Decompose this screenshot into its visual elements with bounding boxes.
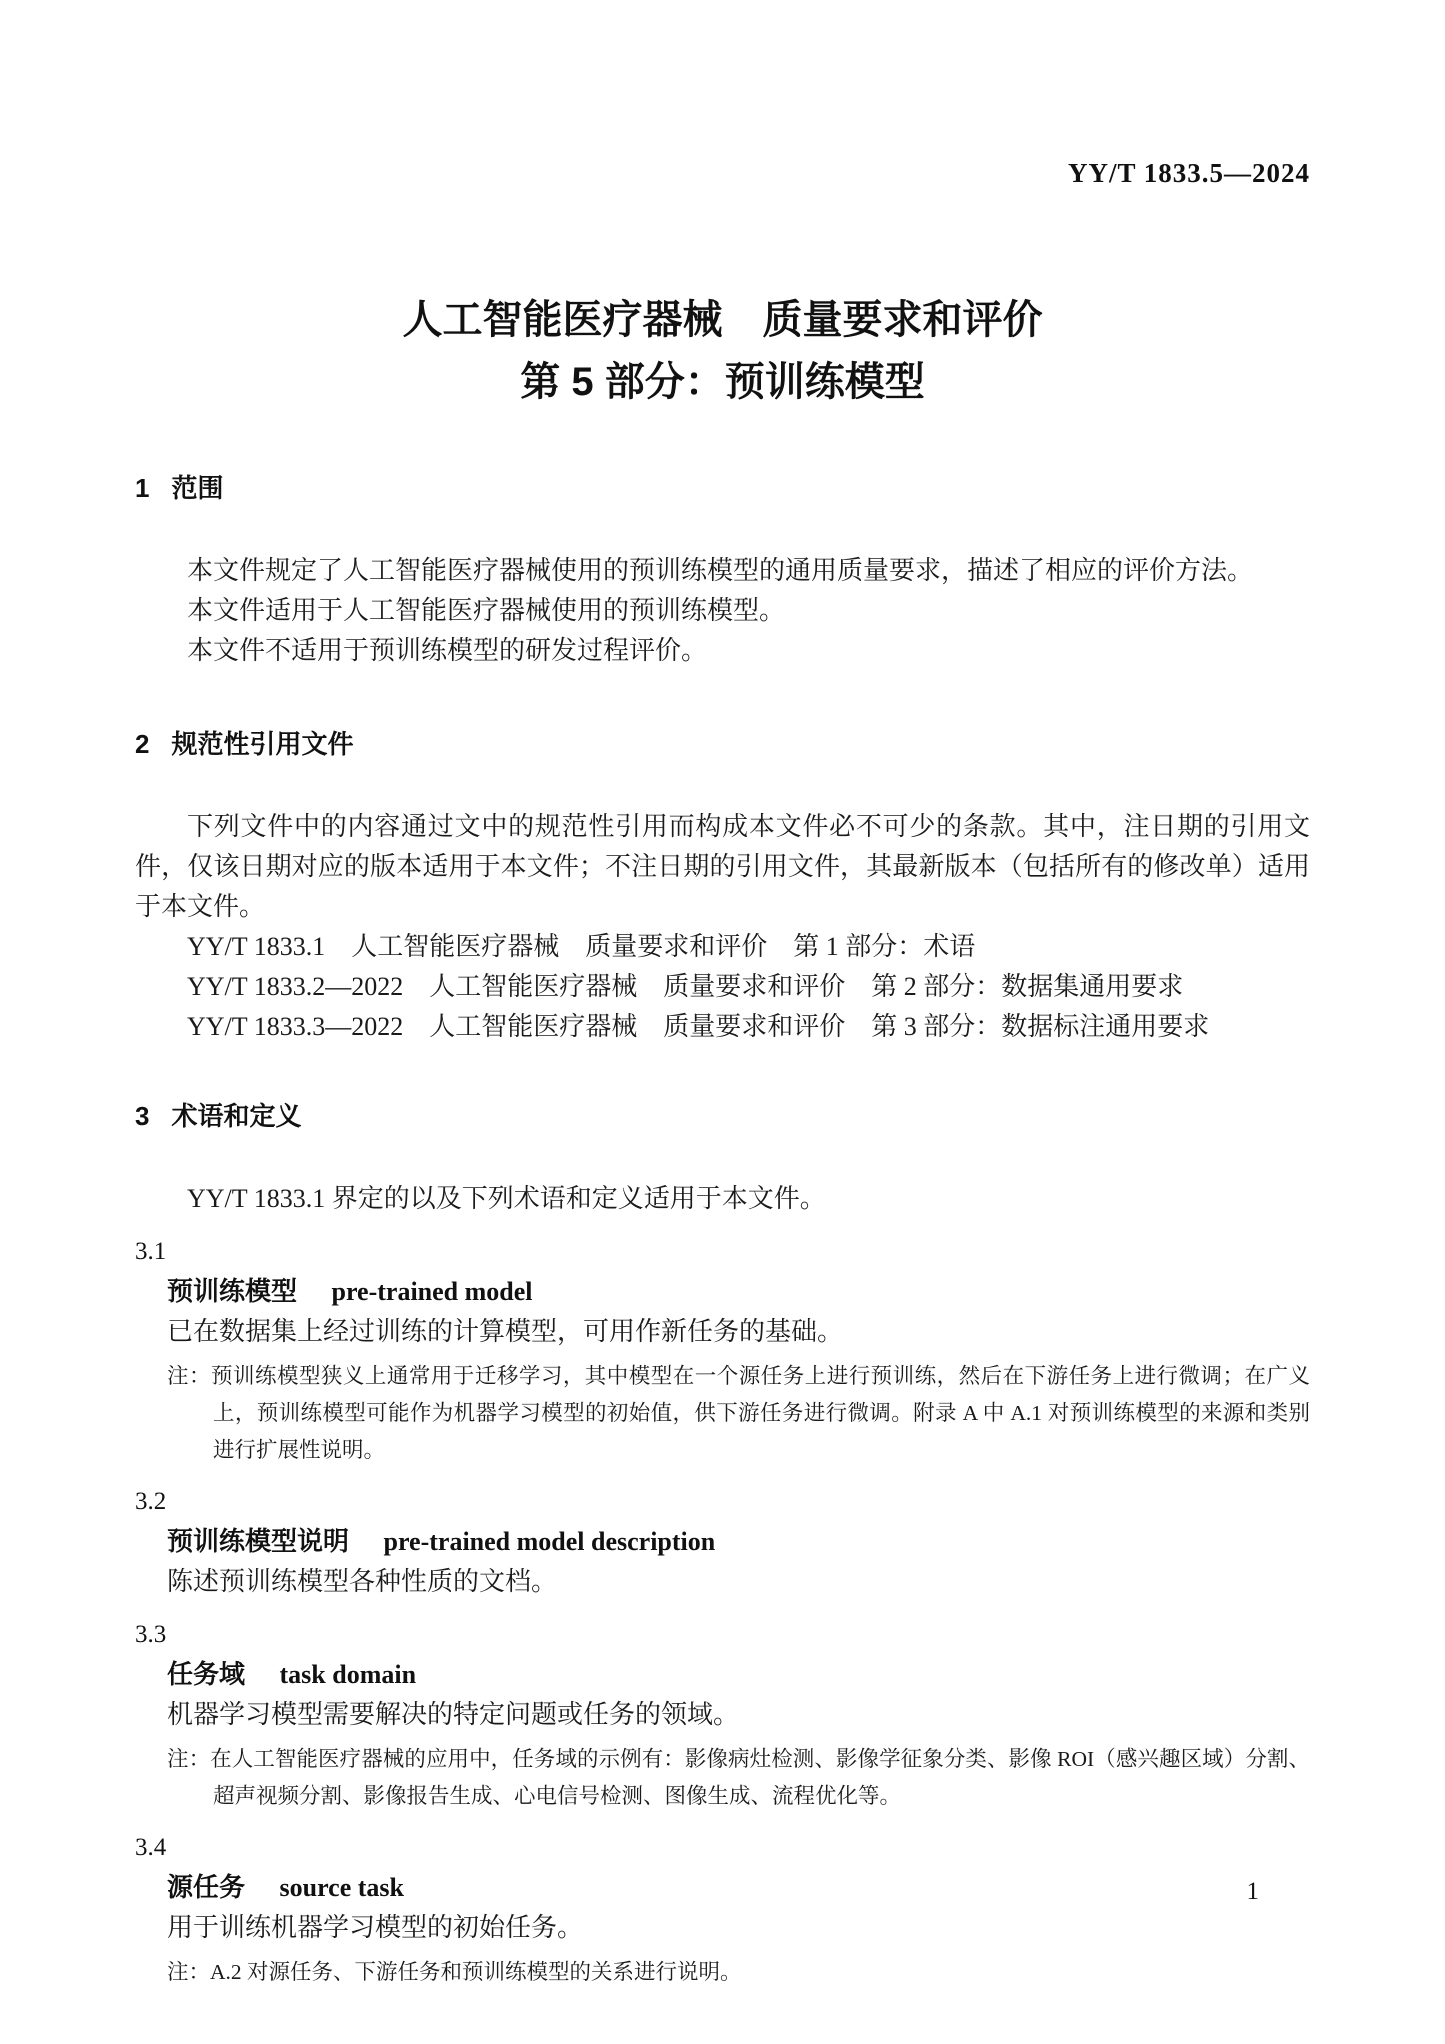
clause-1-number: 1 xyxy=(135,471,149,505)
term-3-3: 3.3 任务域 task domain 机器学习模型需要解决的特定问题或任务的领… xyxy=(135,1616,1310,1815)
term-3-4-en: source task xyxy=(280,1873,404,1902)
term-3-3-definition: 机器学习模型需要解决的特定问题或任务的领域。 xyxy=(135,1695,1310,1735)
term-3-1-title: 预训练模型 pre-trained model xyxy=(135,1271,1310,1312)
page-number: 1 xyxy=(1247,1878,1260,1906)
doc-title-line-1: 人工智能医疗器械 质量要求和评价 xyxy=(135,289,1310,351)
term-3-4-note: 注：A.2 对源任务、下游任务和预训练模型的关系进行说明。 xyxy=(167,1954,1310,1991)
scope-paragraph-3: 本文件不适用于预训练模型的研发过程评价。 xyxy=(135,631,1310,671)
reference-item: YY/T 1833.3—2022 人工智能医疗器械 质量要求和评价 第 3 部分… xyxy=(135,1007,1310,1047)
term-3-4-title: 源任务 source task xyxy=(135,1867,1310,1908)
document-page: YY/T 1833.5—2024 人工智能医疗器械 质量要求和评价 第 5 部分… xyxy=(0,0,1445,2044)
term-3-3-title: 任务域 task domain xyxy=(135,1654,1310,1695)
reference-item: YY/T 1833.2—2022 人工智能医疗器械 质量要求和评价 第 2 部分… xyxy=(135,967,1310,1007)
clause-3-number: 3 xyxy=(135,1099,149,1133)
term-3-2: 3.2 预训练模型说明 pre-trained model descriptio… xyxy=(135,1483,1310,1602)
term-3-3-number: 3.3 xyxy=(135,1616,1310,1654)
scope-paragraph-1: 本文件规定了人工智能医疗器械使用的预训练模型的通用质量要求，描述了相应的评价方法… xyxy=(135,551,1310,591)
clause-2-title: 规范性引用文件 xyxy=(171,727,353,761)
term-3-2-zh: 预训练模型说明 xyxy=(167,1526,349,1556)
clause-2-heading: 2 规范性引用文件 xyxy=(135,727,1310,761)
normative-references-list: YY/T 1833.1 人工智能医疗器械 质量要求和评价 第 1 部分：术语 Y… xyxy=(135,927,1310,1047)
term-3-4: 3.4 源任务 source task 用于训练机器学习模型的初始任务。 注：A… xyxy=(135,1829,1310,1991)
term-3-2-definition: 陈述预训练模型各种性质的文档。 xyxy=(135,1562,1310,1602)
term-3-1-en: pre-trained model xyxy=(332,1277,533,1306)
clause-1-title: 范围 xyxy=(171,471,223,505)
term-3-2-en: pre-trained model description xyxy=(384,1527,716,1556)
scope-paragraph-2: 本文件适用于人工智能医疗器械使用的预训练模型。 xyxy=(135,591,1310,631)
clause-3-title: 术语和定义 xyxy=(171,1099,301,1133)
term-3-1-zh: 预训练模型 xyxy=(167,1276,297,1306)
term-3-2-number: 3.2 xyxy=(135,1483,1310,1521)
term-3-3-en: task domain xyxy=(280,1660,417,1689)
clause-2-number: 2 xyxy=(135,727,149,761)
reference-item: YY/T 1833.1 人工智能医疗器械 质量要求和评价 第 1 部分：术语 xyxy=(135,927,1310,967)
term-3-1-number: 3.1 xyxy=(135,1233,1310,1271)
clause-1-heading: 1 范围 xyxy=(135,471,1310,505)
clause-3-heading: 3 术语和定义 xyxy=(135,1099,1310,1133)
terms-intro: YY/T 1833.1 界定的以及下列术语和定义适用于本文件。 xyxy=(135,1179,1310,1219)
term-3-2-title: 预训练模型说明 pre-trained model description xyxy=(135,1521,1310,1562)
doc-number: YY/T 1833.5—2024 xyxy=(135,0,1310,189)
term-3-1-definition: 已在数据集上经过训练的计算模型，可用作新任务的基础。 xyxy=(135,1312,1310,1352)
normative-references-intro: 下列文件中的内容通过文中的规范性引用而构成本文件必不可少的条款。其中，注日期的引… xyxy=(135,807,1310,927)
term-3-4-definition: 用于训练机器学习模型的初始任务。 xyxy=(135,1908,1310,1948)
term-3-1-note: 注：预训练模型狭义上通常用于迁移学习，其中模型在一个源任务上进行预训练，然后在下… xyxy=(167,1358,1310,1469)
doc-title: 人工智能医疗器械 质量要求和评价 第 5 部分：预训练模型 xyxy=(135,289,1310,413)
term-3-3-zh: 任务域 xyxy=(167,1659,245,1689)
doc-title-line-2: 第 5 部分：预训练模型 xyxy=(135,351,1310,413)
term-3-4-zh: 源任务 xyxy=(167,1872,245,1902)
term-3-1: 3.1 预训练模型 pre-trained model 已在数据集上经过训练的计… xyxy=(135,1233,1310,1469)
term-3-4-number: 3.4 xyxy=(135,1829,1310,1867)
term-3-3-note: 注：在人工智能医疗器械的应用中，任务域的示例有：影像病灶检测、影像学征象分类、影… xyxy=(167,1741,1310,1815)
